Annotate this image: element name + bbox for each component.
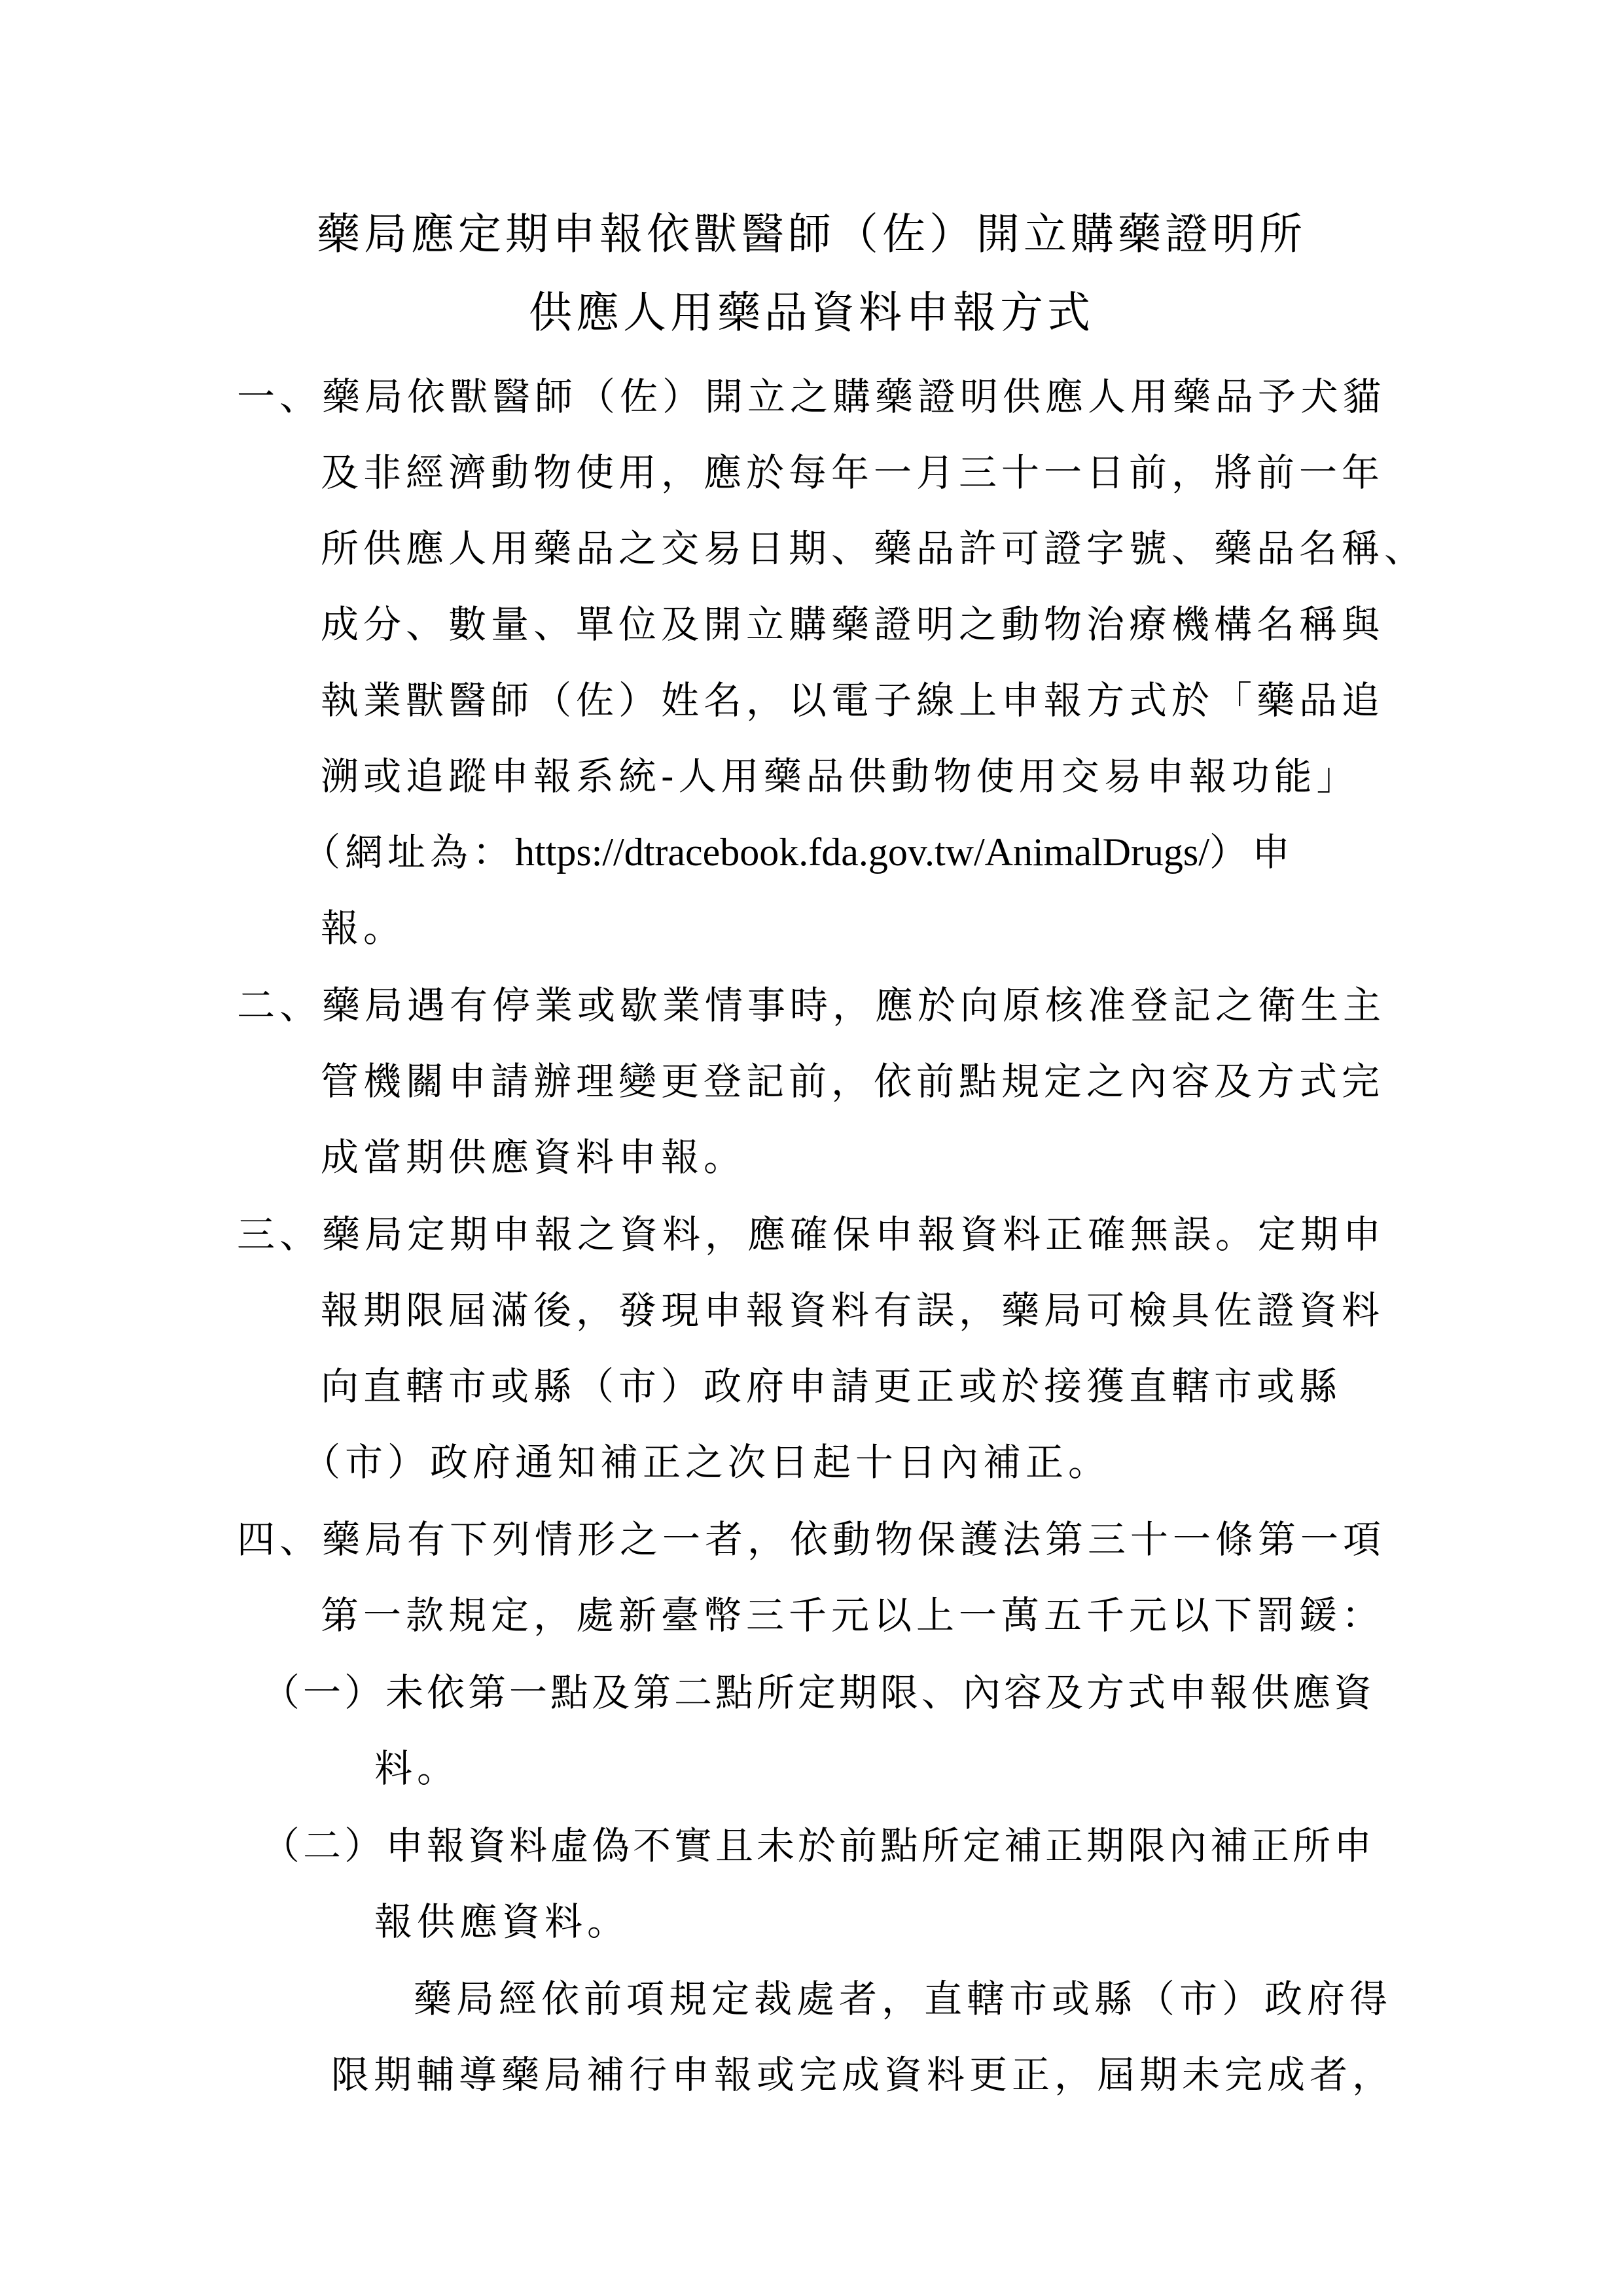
item-1-line-2: 及非經濟動物使用，應於每年一月三十一日前，將前一年 bbox=[321, 449, 1384, 496]
url-prefix: （網址為： bbox=[302, 830, 515, 874]
subitem-marker: （一） bbox=[262, 1669, 385, 1716]
item-2-first-line: 二、藥局遇有停業或歇業情事時，應於向原核准登記之衛生主 bbox=[237, 982, 1385, 1029]
item-2-line-2: 管機關申請辦理變更登記前，依前點規定之內容及方式完 bbox=[321, 1058, 1384, 1105]
item-marker: 三、 bbox=[237, 1211, 322, 1258]
item-1-line-5: 執業獸醫師（佐）姓名，以電子線上申報方式於「藥品追 bbox=[321, 677, 1384, 724]
item-1-line-6: 溯或追蹤申報系統-人用藥品供動物使用交易申報功能」 bbox=[321, 753, 1359, 800]
subitem-2-line-2: 報供應資料。 bbox=[374, 1898, 630, 1945]
url-suffix: ）申 bbox=[1209, 830, 1294, 874]
item-1-line-7: （網址為：https://dtracebook.fda.gov.tw/Anima… bbox=[302, 829, 1294, 876]
item-text: 藥局依獸醫師（佐）開立之購藥證明供應人用藥品予犬貓 bbox=[322, 374, 1385, 419]
item-text: 藥局有下列情形之一者，依動物保護法第三十一條第一項 bbox=[322, 1517, 1385, 1562]
system-url-link[interactable]: https://dtracebook.fda.gov.tw/AnimalDrug… bbox=[515, 831, 1209, 874]
item-3-line-2: 報期限屆滿後，發現申報資料有誤，藥局可檢具佐證資料 bbox=[321, 1287, 1384, 1334]
subitem-text: 申報資料虛偽不實且未於前點所定補正期限內補正所申 bbox=[385, 1823, 1375, 1868]
paragraph-line-2: 限期輔導藥局補行申報或完成資料更正，屆期未完成者， bbox=[331, 2051, 1395, 2098]
item-2-line-3: 成當期供應資料申報。 bbox=[321, 1134, 746, 1181]
item-4-line-2: 第一款規定，處新臺幣三千元以上一萬五千元以下罰鍰： bbox=[321, 1592, 1384, 1639]
item-text: 藥局定期申報之資料，應確保申報資料正確無誤。定期申 bbox=[322, 1212, 1385, 1257]
subitem-text: 未依第一點及第二點所定期限、內容及方式申報供應資 bbox=[385, 1670, 1375, 1715]
document-title-line-1: 藥局應定期申報依獸醫師（佐）開立購藥證明所 bbox=[0, 208, 1623, 260]
item-1-line-3: 所供應人用藥品之交易日期、藥品許可證字號、藥品名稱、 bbox=[321, 525, 1427, 572]
item-1-line-8: 報。 bbox=[321, 905, 406, 952]
item-marker: 四、 bbox=[237, 1516, 322, 1563]
document-title-line-2: 供應人用藥品資料申報方式 bbox=[0, 287, 1623, 339]
item-1-first-line: 一、藥局依獸醫師（佐）開立之購藥證明供應人用藥品予犬貓 bbox=[237, 373, 1385, 420]
item-3-line-3: 向直轄市或縣（市）政府申請更正或於接獲直轄市或縣 bbox=[321, 1363, 1342, 1410]
subitem-1-line-2: 料。 bbox=[374, 1745, 459, 1792]
item-text: 藥局遇有停業或歇業情事時，應於向原核准登記之衛生主 bbox=[322, 983, 1385, 1028]
item-4-first-line: 四、藥局有下列情形之一者，依動物保護法第三十一條第一項 bbox=[237, 1516, 1385, 1563]
subitem-2-first-line: （二）申報資料虛偽不實且未於前點所定補正期限內補正所申 bbox=[262, 1822, 1375, 1869]
item-3-line-4: （市）政府通知補正之次日起十日內補正。 bbox=[302, 1439, 1111, 1486]
paragraph-line-1: 藥局經依前項規定裁處者，直轄市或縣（市）政府得 bbox=[414, 1975, 1392, 2022]
subitem-marker: （二） bbox=[262, 1822, 385, 1869]
subitem-1-first-line: （一）未依第一點及第二點所定期限、內容及方式申報供應資 bbox=[262, 1669, 1375, 1716]
item-1-line-4: 成分、數量、單位及開立購藥證明之動物治療機構名稱與 bbox=[321, 601, 1384, 648]
item-3-first-line: 三、藥局定期申報之資料，應確保申報資料正確無誤。定期申 bbox=[237, 1211, 1385, 1258]
item-marker: 一、 bbox=[237, 373, 322, 420]
item-marker: 二、 bbox=[237, 982, 322, 1029]
document-page: 藥局應定期申報依獸醫師（佐）開立購藥證明所 供應人用藥品資料申報方式 一、藥局依… bbox=[0, 0, 1623, 2296]
